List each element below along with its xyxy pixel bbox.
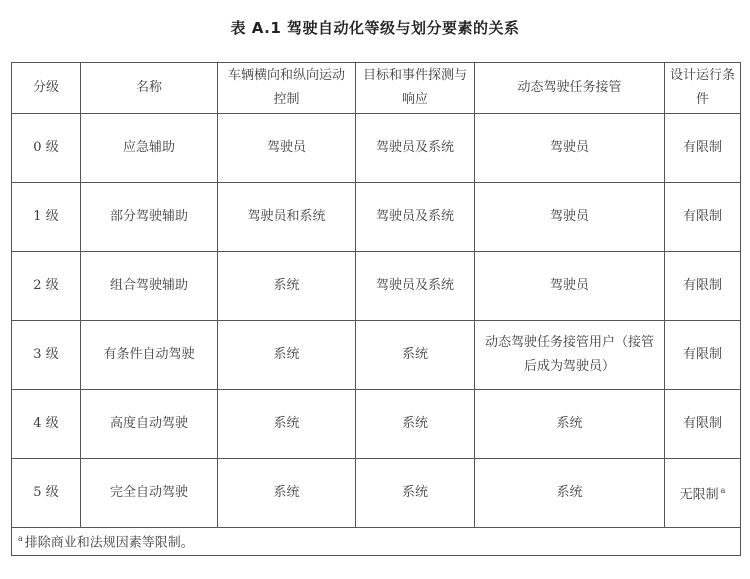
cell-name: 部分驾驶辅助 (81, 183, 218, 252)
cell-level: 4 级 (12, 390, 81, 459)
cell-motion-control: 驾驶员和系统 (218, 183, 356, 252)
cell-level: 5 级 (12, 459, 81, 528)
header-level: 分级 (12, 63, 81, 114)
cell-level: 3 级 (12, 321, 81, 390)
cell-motion-control: 系统 (218, 321, 356, 390)
cell-level: 1 级 (12, 183, 81, 252)
cell-motion-control: 驾驶员 (218, 114, 356, 183)
table-row: 3 级 有条件自动驾驶 系统 系统 动态驾驶任务接管用户（接管后成为驾驶员） 有… (12, 321, 741, 390)
table-row: 2 级 组合驾驶辅助 系统 驾驶员及系统 驾驶员 有限制 (12, 252, 741, 321)
header-odd: 设计运行条件 (665, 63, 741, 114)
header-object-event-detection: 目标和事件探测与响应 (356, 63, 475, 114)
cell-odd: 无限制a (665, 459, 741, 528)
table-row: 4 级 高度自动驾驶 系统 系统 系统 有限制 (12, 390, 741, 459)
cell-fallback: 驾驶员 (475, 114, 665, 183)
cell-name: 高度自动驾驶 (81, 390, 218, 459)
table-row: 1 级 部分驾驶辅助 驾驶员和系统 驾驶员及系统 驾驶员 有限制 (12, 183, 741, 252)
cell-odd: 有限制 (665, 390, 741, 459)
cell-odd: 有限制 (665, 183, 741, 252)
cell-level: 0 级 (12, 114, 81, 183)
cell-odd: 有限制 (665, 114, 741, 183)
footnote-text: 排除商业和法规因素等限制。 (25, 536, 194, 551)
table-row: 0 级 应急辅助 驾驶员 驾驶员及系统 驾驶员 有限制 (12, 114, 741, 183)
footnote-marker: a (18, 534, 23, 543)
cell-fallback: 驾驶员 (475, 252, 665, 321)
cell-name: 应急辅助 (81, 114, 218, 183)
cell-detection: 系统 (356, 321, 475, 390)
cell-fallback: 系统 (475, 390, 665, 459)
table-title: 表 A.1 驾驶自动化等级与划分要素的关系 (0, 17, 750, 38)
cell-odd: 有限制 (665, 321, 741, 390)
table-footnote: a排除商业和法规因素等限制。 (12, 528, 741, 556)
cell-detection: 驾驶员及系统 (356, 252, 475, 321)
cell-motion-control: 系统 (218, 390, 356, 459)
cell-motion-control: 系统 (218, 252, 356, 321)
cell-fallback: 动态驾驶任务接管用户（接管后成为驾驶员） (475, 321, 665, 390)
cell-name: 完全自动驾驶 (81, 459, 218, 528)
cell-odd: 有限制 (665, 252, 741, 321)
cell-name: 有条件自动驾驶 (81, 321, 218, 390)
cell-odd-text: 无限制 (680, 487, 719, 502)
cell-name: 组合驾驶辅助 (81, 252, 218, 321)
table-header-row: 分级 名称 车辆横向和纵向运动控制 目标和事件探测与响应 动态驾驶任务接管 设计… (12, 63, 741, 114)
automation-levels-table: 分级 名称 车辆横向和纵向运动控制 目标和事件探测与响应 动态驾驶任务接管 设计… (11, 62, 741, 556)
table-footnote-row: a排除商业和法规因素等限制。 (12, 528, 741, 556)
table-row: 5 级 完全自动驾驶 系统 系统 系统 无限制a (12, 459, 741, 528)
cell-detection: 驾驶员及系统 (356, 114, 475, 183)
footnote-ref-marker: a (721, 486, 726, 495)
cell-motion-control: 系统 (218, 459, 356, 528)
header-motion-control: 车辆横向和纵向运动控制 (218, 63, 356, 114)
cell-detection: 驾驶员及系统 (356, 183, 475, 252)
cell-fallback: 驾驶员 (475, 183, 665, 252)
cell-detection: 系统 (356, 459, 475, 528)
cell-detection: 系统 (356, 390, 475, 459)
header-name: 名称 (81, 63, 218, 114)
cell-fallback: 系统 (475, 459, 665, 528)
cell-level: 2 级 (12, 252, 81, 321)
header-ddt-fallback: 动态驾驶任务接管 (475, 63, 665, 114)
